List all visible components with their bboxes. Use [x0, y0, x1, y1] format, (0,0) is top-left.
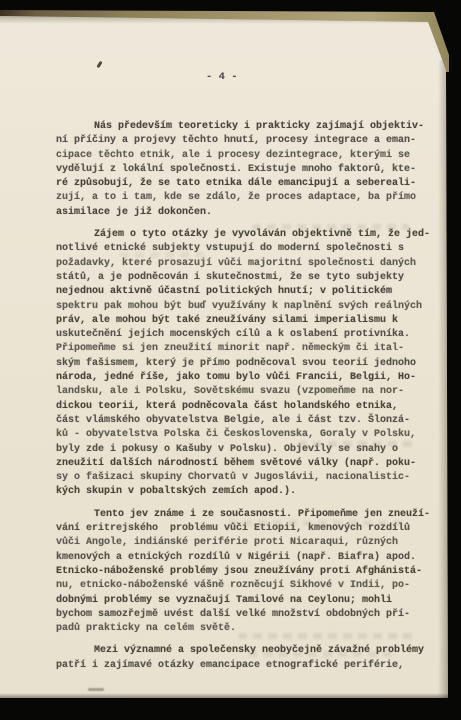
typewritten-line: kmenových a etnických rozdílů v Nigérii …: [56, 551, 430, 565]
typewritten-line: sy o fašizaci skupiny Chorvatů v Jugoslá…: [56, 471, 430, 485]
typewritten-line: ré způsobují, že se tato etnika dále ema…: [56, 177, 430, 191]
typewritten-line: nu, etnicko-náboženské vášně rozněcují S…: [56, 579, 430, 593]
typewritten-line: spektru pak mohou být buď využívány k na…: [56, 300, 430, 314]
typewritten-line: nejednou aktivně účastní politických hnu…: [56, 285, 430, 299]
typewritten-line: Zájem o tyto otázky je vyvoláván objekti…: [56, 228, 430, 242]
typewritten-line: asimilace je již dokončen.: [56, 206, 430, 220]
page-number: - 4 -: [206, 71, 238, 83]
scanned-book-photo: { "colors": { "background": "#070706", "…: [0, 0, 461, 720]
typewritten-line: Etnicko-náboženské problémy jsou zneužív…: [56, 565, 430, 579]
typewritten-line: padů prakticky na celém světě.: [56, 622, 430, 636]
page-bottom-shadow: [0, 693, 448, 698]
body-text: Nás především teoreticky i prakticky zaj…: [56, 120, 430, 681]
typewritten-line: cipace těchto etnik, ale i procesy dezin…: [56, 149, 430, 163]
typewritten-line: bychom samozřejmě uvést další velké množ…: [56, 608, 430, 622]
typewritten-line: zují, a to i tam, kde se zdálo, že proce…: [56, 191, 430, 205]
typewritten-line: vání eritrejského problému vůči Etiopii,…: [56, 522, 430, 536]
typewritten-line: kých skupin v pobaltských zemích apod.).: [56, 485, 430, 499]
paragraph-4: Mezi významné a společensky neobyčejně z…: [56, 644, 430, 673]
paragraph-3: Tento jev známe i ze současnosti. Připom…: [56, 508, 430, 637]
typewritten-line: dobnými problémy se vyznačují Tamilové n…: [56, 594, 430, 608]
typewritten-line: Mezi významné a společensky neobyčejně z…: [56, 644, 430, 658]
smudge-mark: [88, 688, 104, 691]
typewritten-line: landsku, ale i Polsku, Sovětskému svazu …: [56, 385, 430, 399]
typewritten-line: Připomeňme si jen zneužití minorit např.…: [56, 342, 430, 356]
paragraph-2: Zájem o tyto otázky je vyvoláván objekti…: [56, 228, 430, 500]
typewritten-line: vůči Angole, indiánské periférie proti N…: [56, 536, 430, 550]
typewritten-line: patří i zajímavé otázky emancipace etnog…: [56, 659, 430, 673]
typewritten-line: práv, ale mohou být také zneužívány sila…: [56, 314, 430, 328]
typewritten-line: zneužití dalších národností během světov…: [56, 457, 430, 471]
typewritten-line: ní příčiny a projevy těchto hnutí, proce…: [56, 134, 430, 148]
typewritten-line: vydělují z lokální společnosti. Existuje…: [56, 163, 430, 177]
typewritten-line: států, a je podněcován i skutečnostmi, ž…: [56, 271, 430, 285]
typewritten-line: ským fašismem, který je přímo podněcoval…: [56, 357, 430, 371]
typewritten-line: národa, jedné říše, jako tomu bylo vůči …: [56, 371, 430, 385]
typewritten-line: uskutečnění jejich mocenských cílů a k o…: [56, 328, 430, 342]
typewritten-line: část vlámského obyvatelstva Belgie, ale …: [56, 414, 430, 428]
paragraph-1: Nás především teoreticky i prakticky zaj…: [56, 120, 430, 220]
typewritten-line: ků - obyvatelstva Polska či Českoslovens…: [56, 428, 430, 442]
ink-speck: [96, 61, 102, 69]
typewritten-line: požadavky, které prosazují vůči majoritn…: [56, 257, 430, 271]
document-page: - 4 - Nás především teoreticky i praktic…: [0, 0, 461, 720]
typewritten-line: Nás především teoreticky i prakticky zaj…: [56, 120, 430, 134]
typewritten-line: notlivé etnické subjekty vstupují do mod…: [56, 242, 430, 256]
page-right-shadow: [438, 60, 448, 700]
typewritten-line: byly zde i pokusy o Kašuby v Polsku). Ob…: [56, 443, 430, 457]
typewritten-line: dickou teorii, která podněcovala část ho…: [56, 400, 430, 414]
typewritten-line: Tento jev známe i ze současnosti. Připom…: [56, 508, 430, 522]
